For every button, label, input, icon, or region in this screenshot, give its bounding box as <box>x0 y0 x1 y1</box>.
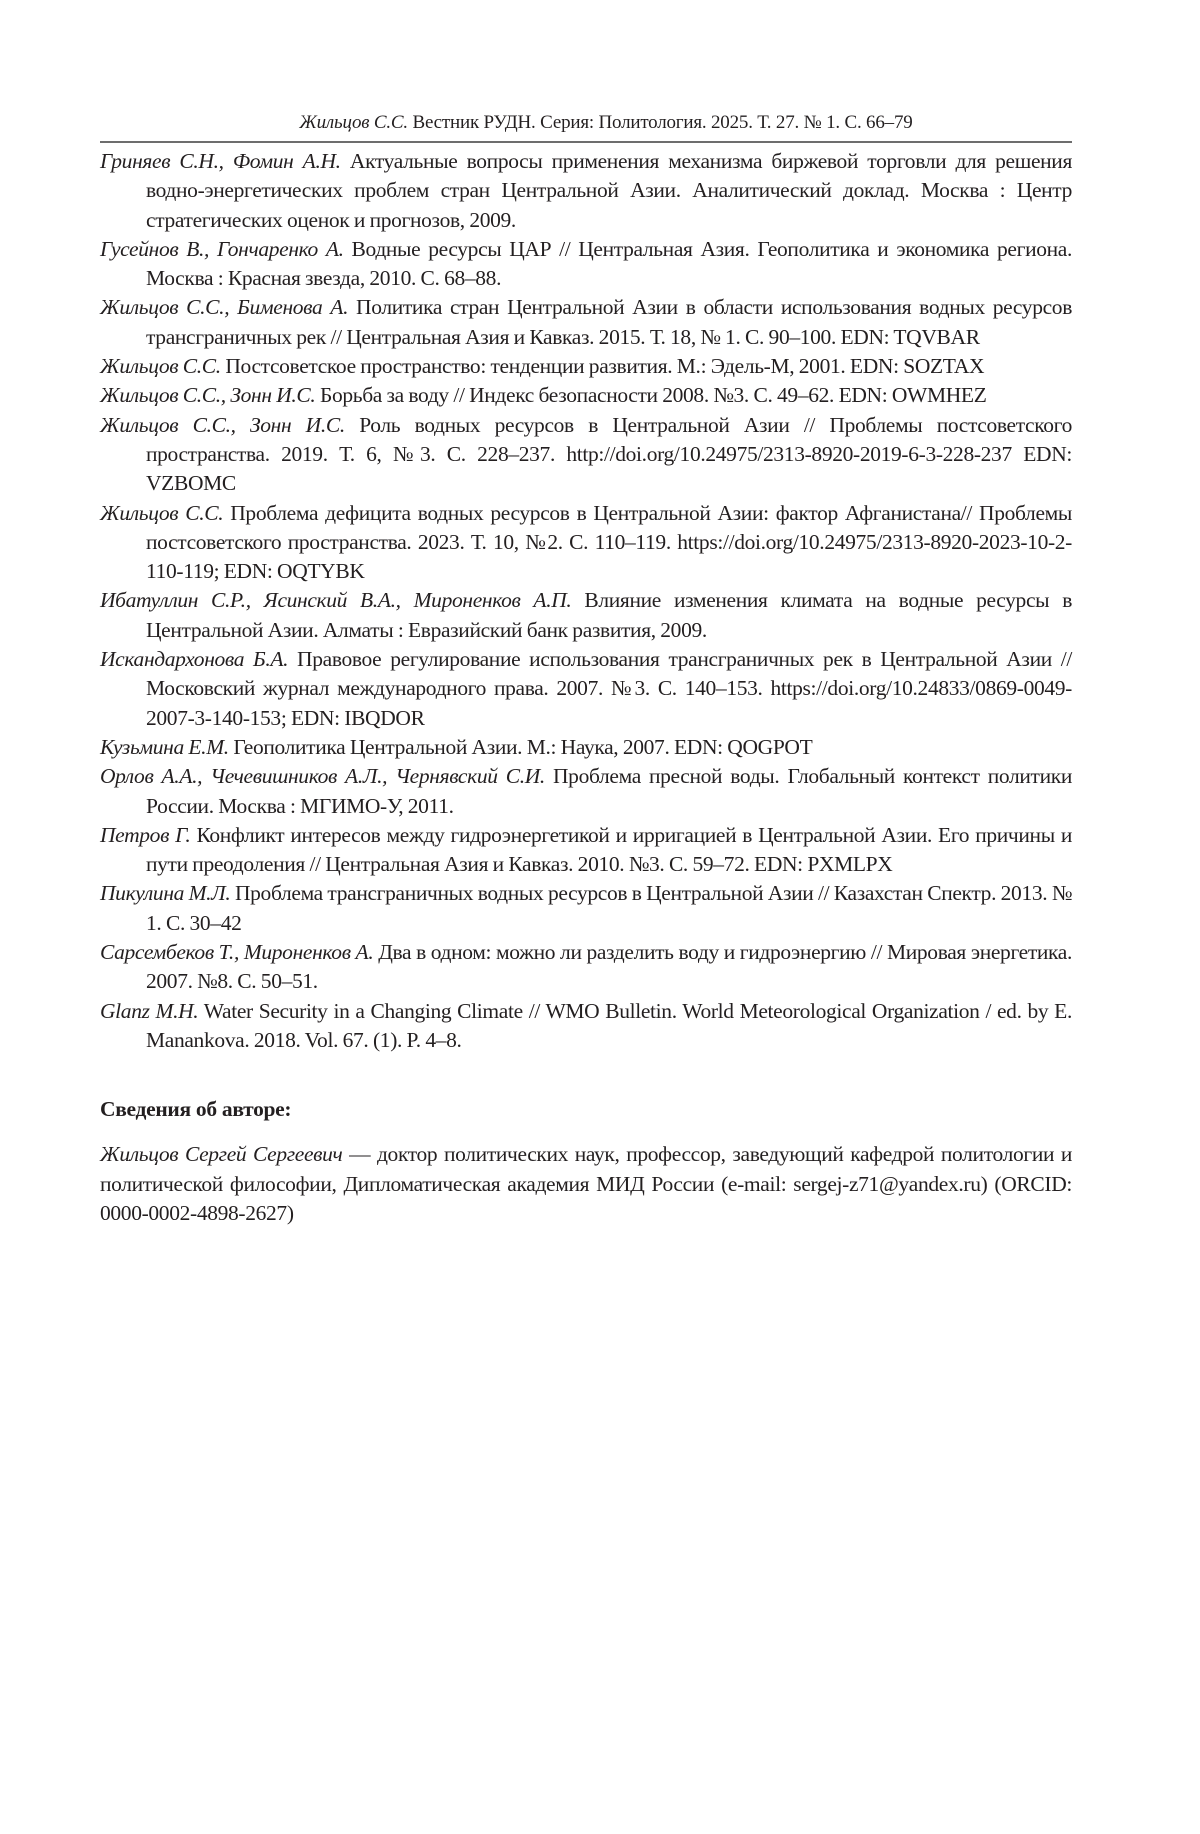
reference-authors: Гусейнов В., Гончаренко А. <box>100 237 344 261</box>
reference-authors: Петров Г. <box>100 823 190 847</box>
running-head: Жильцов С.С. Вестник РУДН. Серия: Полито… <box>100 112 1072 134</box>
reference-item: Орлов А.А., Чечевишников А.Л., Чернявски… <box>100 762 1072 821</box>
running-head-author: Жильцов С.С. <box>299 112 408 133</box>
author-name: Жильцов Сергей Сергеевич <box>100 1142 342 1166</box>
reference-text: Проблема трансграничных водных ресурсов … <box>146 881 1072 934</box>
reference-authors: Пикулина М.Л. <box>100 881 230 905</box>
reference-authors: Glanz M.H. <box>100 999 198 1023</box>
reference-authors: Кузьмина Е.М. <box>100 735 229 759</box>
reference-item: Жильцов С.С., Бименова А. Политика стран… <box>100 293 1072 352</box>
reference-item: Жильцов С.С. Постсоветское пространство:… <box>100 352 1072 381</box>
author-info: Жильцов Сергей Сергеевич — доктор полити… <box>100 1140 1072 1229</box>
reference-authors: Жильцов С.С. <box>100 501 223 525</box>
reference-text: Постсоветское пространство: тенденции ра… <box>221 354 984 378</box>
reference-item: Кузьмина Е.М. Геополитика Центральной Аз… <box>100 733 1072 762</box>
reference-list: Гриняев С.Н., Фомин А.Н. Актуальные вопр… <box>100 147 1072 1055</box>
reference-text: Борьба за воду // Индекс безопасности 20… <box>315 383 986 407</box>
reference-item: Glanz M.H. Water Security in a Changing … <box>100 997 1072 1056</box>
reference-authors: Гриняев С.Н., Фомин А.Н. <box>100 149 341 173</box>
reference-authors: Жильцов С.С., Зонн И.С. <box>100 383 315 407</box>
reference-authors: Жильцов С.С., Зонн И.С. <box>100 413 345 437</box>
reference-item: Гриняев С.Н., Фомин А.Н. Актуальные вопр… <box>100 147 1072 235</box>
reference-authors: Орлов А.А., Чечевишников А.Л., Чернявски… <box>100 764 545 788</box>
reference-item: Петров Г. Конфликт интересов между гидро… <box>100 821 1072 880</box>
header-rule <box>100 141 1072 143</box>
reference-item: Ибатуллин С.Р., Ясинский В.А., Мироненко… <box>100 586 1072 645</box>
reference-authors: Искандархонова Б.А. <box>100 647 288 671</box>
reference-item: Искандархонова Б.А. Правовое регулирован… <box>100 645 1072 733</box>
reference-item: Пикулина М.Л. Проблема трансграничных во… <box>100 879 1072 938</box>
reference-item: Гусейнов В., Гончаренко А. Водные ресурс… <box>100 235 1072 294</box>
reference-text: Water Security in a Changing Climate // … <box>146 999 1072 1052</box>
reference-text: Проблема дефицита водных ресурсов в Цент… <box>146 501 1072 584</box>
reference-item: Жильцов С.С., Зонн И.С. Роль водных ресу… <box>100 411 1072 499</box>
author-section-title: Сведения об авторе: <box>100 1095 1072 1124</box>
reference-text: Геополитика Центральной Азии. М.: Наука,… <box>229 735 813 759</box>
journal-page: Жильцов С.С. Вестник РУДН. Серия: Полито… <box>100 112 1072 1229</box>
reference-item: Сарсембеков Т., Мироненков А. Два в одно… <box>100 938 1072 997</box>
running-head-citation: Вестник РУДН. Серия: Политология. 2025. … <box>408 112 913 133</box>
reference-authors: Жильцов С.С. <box>100 354 221 378</box>
reference-item: Жильцов С.С., Зонн И.С. Борьба за воду /… <box>100 381 1072 410</box>
reference-authors: Ибатуллин С.Р., Ясинский В.А., Мироненко… <box>100 588 571 612</box>
reference-text: Конфликт интересов между гидроэнергетико… <box>146 823 1072 876</box>
reference-authors: Сарсембеков Т., Мироненков А. <box>100 940 373 964</box>
reference-item: Жильцов С.С. Проблема дефицита водных ре… <box>100 499 1072 587</box>
reference-authors: Жильцов С.С., Бименова А. <box>100 295 348 319</box>
